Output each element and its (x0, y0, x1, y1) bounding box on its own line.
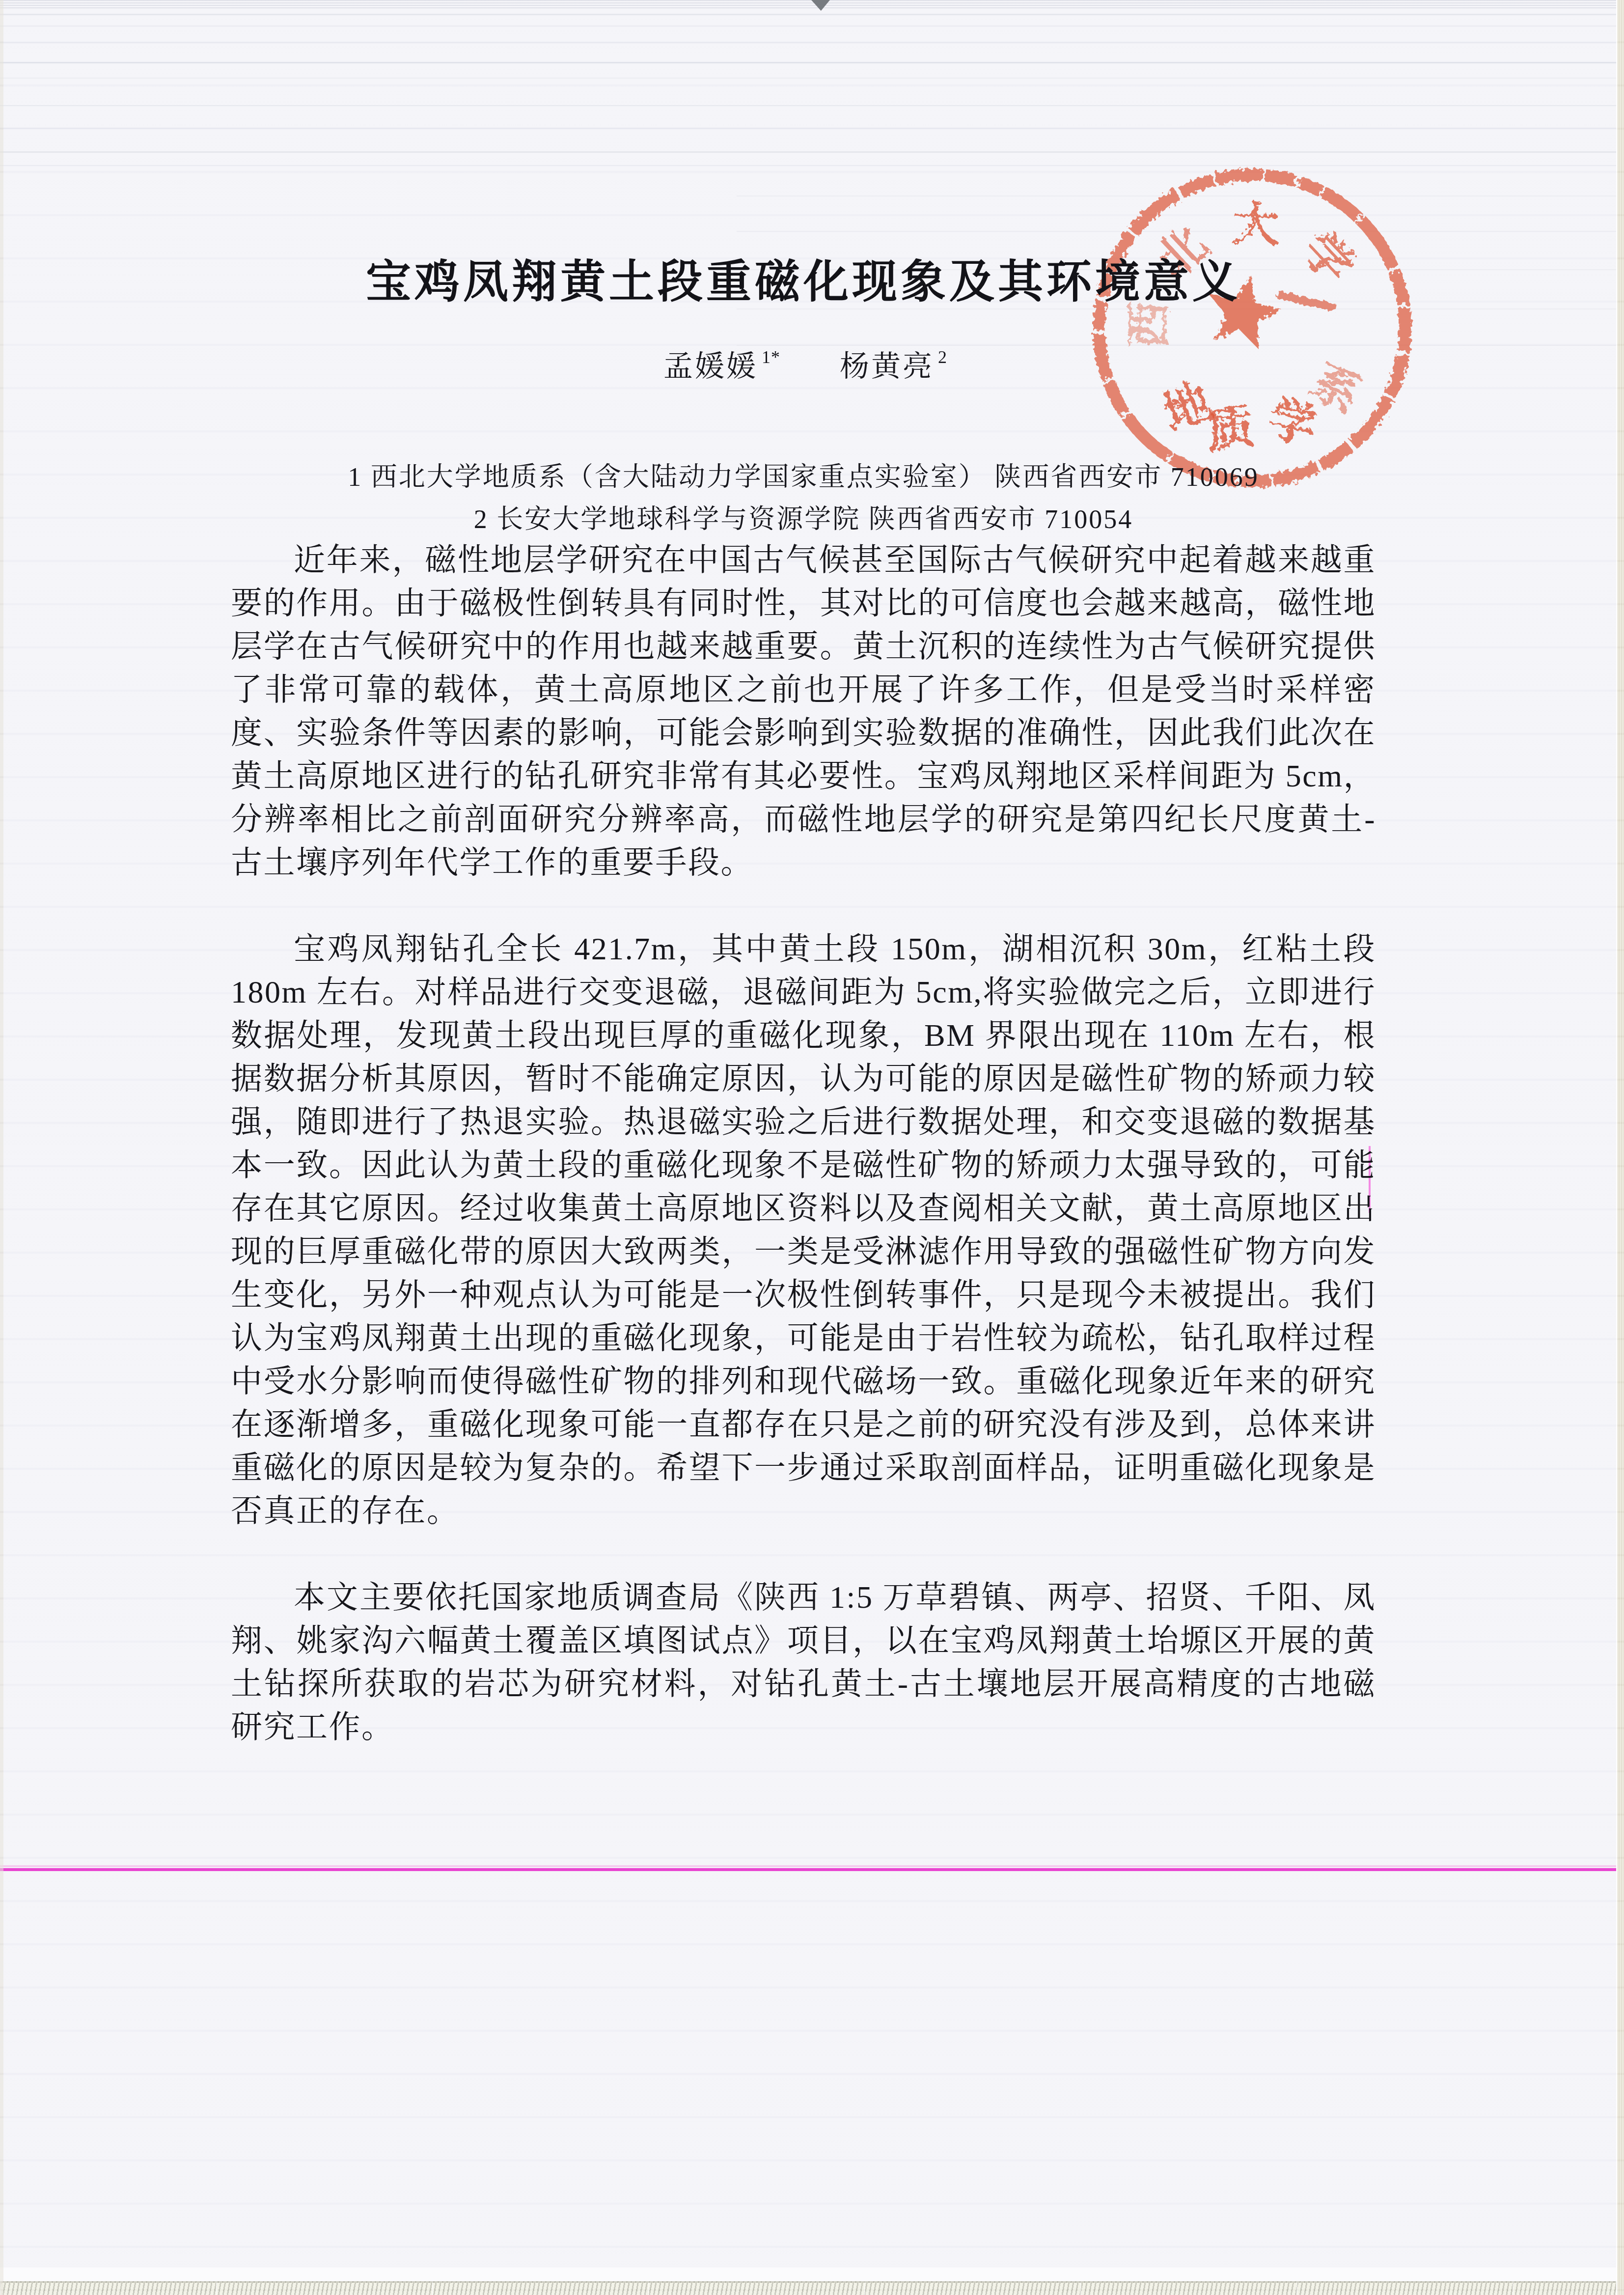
scan-line (0, 151, 1624, 153)
scan-line (0, 42, 1624, 43)
scanner-magenta-line-glow (0, 1865, 1624, 1867)
scan-line (0, 128, 1624, 129)
seal-char-top-2: 大 (1231, 198, 1280, 252)
scan-line (0, 62, 1624, 63)
author-superscript: 2 (938, 347, 947, 367)
paper-left-edge (0, 0, 3, 2295)
scanner-white-strip (0, 2267, 1624, 2281)
scanner-bottom-edge-band (0, 2281, 1624, 2295)
scan-line (0, 105, 1624, 106)
author-superscript: 1* (762, 347, 780, 367)
author-name: 孟媛媛 (663, 350, 758, 383)
abstract-paragraph-1: 近年来，磁性地层学研究在中国古气候甚至国际古气候研究中起着越来越重要的作用。由于… (231, 538, 1376, 884)
scan-line (0, 78, 1624, 79)
seal-char-bottom-1: 质 (1204, 400, 1257, 458)
paper-title: 宝鸡凤翔黄土段重磁化现象及其环境意义 (231, 246, 1376, 310)
author-1: 孟媛媛1* (663, 343, 776, 385)
abstract-paragraph-2: 宝鸡凤翔钻孔全长 421.7m，其中黄土段 150m，湖相沉积 30m，红粘土段… (231, 927, 1376, 1533)
scanner-magenta-line-artifact (0, 1868, 1624, 1871)
scanned-paper-page: { "page": { "title": "宝鸡凤翔黄土段重磁化现象及其环境意义… (0, 0, 1624, 2295)
author-2: 杨黄亮2 (840, 343, 943, 385)
seal-graphic: 西 北 大 学 地 质 学 系 (1080, 156, 1424, 500)
scan-noise-top-band (0, 0, 1624, 10)
author-line: 孟媛媛1* 杨黄亮2 (231, 343, 1376, 385)
paper-right-edge (1616, 0, 1624, 2295)
university-seal-stamp: 西 北 大 学 地 质 学 系 (1080, 156, 1424, 500)
scan-line (0, 14, 1624, 15)
abstract-body: 近年来，磁性地层学研究在中国古气候甚至国际古气候研究中起着越来越重要的作用。由于… (231, 538, 1376, 1792)
scan-line (0, 26, 1624, 27)
affiliation-line-1: 1 西北大学地质系（含大陆动力学国家重点实验室） 陕西省西安市 710069 (231, 456, 1376, 494)
abstract-paragraph-3: 本文主要依托国家地质调查局《陕西 1:5 万草碧镇、两亭、招贤、千阳、凤翔、姚家… (231, 1576, 1376, 1749)
affiliation-line-2: 2 长安大学地球科学与资源学院 陕西省西安市 710054 (231, 498, 1376, 536)
author-name: 杨黄亮 (840, 350, 934, 383)
